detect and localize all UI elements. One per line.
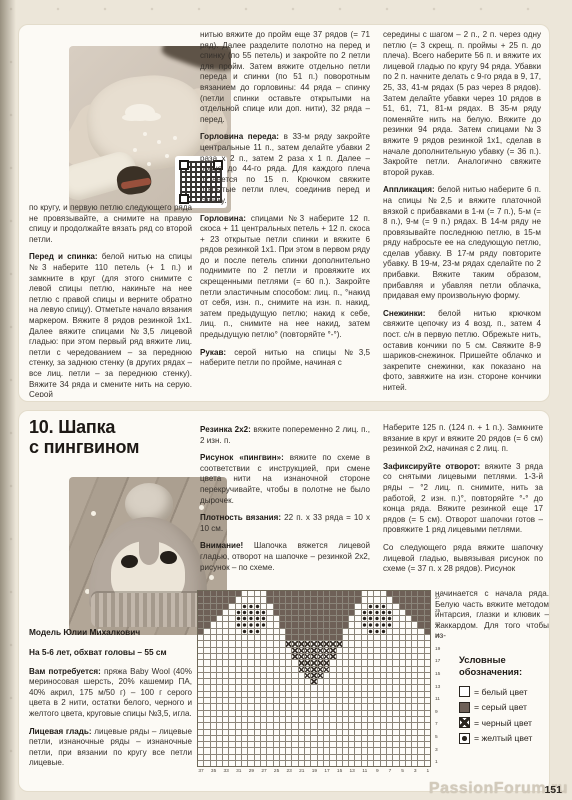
chart-cell xyxy=(387,761,392,766)
chart-cell xyxy=(412,698,417,703)
chart-cell xyxy=(368,692,373,697)
sweater-column-1: по кругу, и первую петлю следующего ряда… xyxy=(29,203,192,397)
chart-cell xyxy=(425,673,430,678)
chart-intro-continued: начинается с начала ряда. Белую часть вя… xyxy=(435,589,549,642)
chart-cell xyxy=(267,717,272,722)
chart-cell xyxy=(318,641,323,646)
chart-cell xyxy=(223,685,228,690)
chart-cell xyxy=(337,591,342,596)
chart-cell xyxy=(217,629,222,634)
chart-cell xyxy=(393,717,398,722)
neckline-paragraph: Горловина: спицами №3 наберите 12 п. ско… xyxy=(200,214,370,341)
chart-cell xyxy=(198,692,203,697)
chart-cell xyxy=(425,711,430,716)
chart-cell xyxy=(355,679,360,684)
chart-cell xyxy=(255,685,260,690)
chart-cell xyxy=(223,635,228,640)
chart-cell xyxy=(280,692,285,697)
fairy-lights xyxy=(91,511,96,516)
chart-cell xyxy=(311,704,316,709)
chart-cell xyxy=(286,742,291,747)
chart-cell xyxy=(318,761,323,766)
chart-cell xyxy=(425,616,430,621)
chart-cell xyxy=(286,667,291,672)
chart-cell xyxy=(211,610,216,615)
chart-cell xyxy=(236,654,241,659)
chart-cell xyxy=(211,742,216,747)
legend-item-yellow: = желтый цвет xyxy=(459,733,561,744)
x-square-symbol xyxy=(459,717,470,728)
chart-cell xyxy=(337,610,342,615)
chart-cell xyxy=(204,641,209,646)
chart-cell xyxy=(381,742,386,747)
chart-cell xyxy=(330,704,335,709)
chart-cell xyxy=(330,717,335,722)
chart-cell xyxy=(280,755,285,760)
chart-cell xyxy=(343,711,348,716)
chart-cell xyxy=(330,673,335,678)
chart-cell xyxy=(406,704,411,709)
chart-cell xyxy=(248,591,253,596)
chart-cell xyxy=(355,717,360,722)
chart-cell xyxy=(305,679,310,684)
chart-cell xyxy=(337,629,342,634)
chart-cell xyxy=(400,698,405,703)
chart-cell xyxy=(305,711,310,716)
chart-cell xyxy=(393,698,398,703)
chart-cell xyxy=(236,755,241,760)
chart-cell xyxy=(274,685,279,690)
chart-cell xyxy=(299,667,304,672)
chart-cell xyxy=(242,597,247,602)
chart-cell xyxy=(381,629,386,634)
chart-cell xyxy=(337,730,342,735)
chart-cell xyxy=(393,648,398,653)
chart-cell xyxy=(412,641,417,646)
chart-cell xyxy=(318,604,323,609)
chart-cell xyxy=(211,629,216,634)
chart-cell xyxy=(349,723,354,728)
chart-cell xyxy=(418,748,423,753)
hat-column-3: Наберите 125 п. (124 п. + 1 п.). Замкнит… xyxy=(383,423,543,589)
chart-row-label: 25 xyxy=(435,609,440,615)
chart-cell xyxy=(355,711,360,716)
chart-cell xyxy=(349,736,354,741)
chart-cell xyxy=(343,704,348,709)
chart-cell xyxy=(255,654,260,659)
chart-cell xyxy=(204,755,209,760)
chart-cell xyxy=(299,648,304,653)
chart-cell xyxy=(255,597,260,602)
chart-cell xyxy=(211,660,216,665)
chart-cell xyxy=(305,730,310,735)
chart-cell xyxy=(286,673,291,678)
chart-cell xyxy=(387,610,392,615)
chart-cell xyxy=(236,761,241,766)
chart-cell xyxy=(418,635,423,640)
hat-column-2: Резинка 2х2: вяжите попеременно 2 лиц. п… xyxy=(200,425,370,585)
chart-row-label: 3 xyxy=(435,748,438,754)
chart-cell xyxy=(337,704,342,709)
chart-cell xyxy=(211,723,216,728)
chart-cell xyxy=(362,654,367,659)
chart-cell xyxy=(324,704,329,709)
chart-row-labels: 27252321191715131197531 xyxy=(435,591,445,768)
chart-cell xyxy=(267,711,272,716)
hat-instructions-panel: 10. Шапкас пингвином Модель Юлии Михалко… xyxy=(18,410,550,792)
chart-cell xyxy=(318,616,323,621)
chart-cell xyxy=(286,616,291,621)
chart-cell xyxy=(299,591,304,596)
chart-cell xyxy=(286,604,291,609)
chart-cell xyxy=(368,748,373,753)
chart-cell xyxy=(400,597,405,602)
chart-cell xyxy=(305,610,310,615)
chart-cell xyxy=(349,641,354,646)
chart-cell xyxy=(204,635,209,640)
chart-cell xyxy=(229,679,234,684)
chart-cell xyxy=(255,641,260,646)
chart-cell xyxy=(368,723,373,728)
chart-cell xyxy=(387,648,392,653)
chart-cell xyxy=(387,730,392,735)
chart-cell xyxy=(381,648,386,653)
chart-cell xyxy=(349,635,354,640)
chart-cell xyxy=(349,597,354,602)
chart-cell xyxy=(425,698,430,703)
chart-cell xyxy=(362,591,367,596)
chart-cell xyxy=(425,742,430,747)
chart-cell xyxy=(343,604,348,609)
chart-cell xyxy=(255,736,260,741)
chart-cell xyxy=(381,673,386,678)
chart-cell xyxy=(393,635,398,640)
chart-cell xyxy=(425,704,430,709)
chart-cell xyxy=(280,717,285,722)
chart-cell xyxy=(412,736,417,741)
chart-cell xyxy=(261,641,266,646)
chart-row-label: 15 xyxy=(435,672,440,678)
chart-cell xyxy=(286,748,291,753)
chart-cell xyxy=(311,629,316,634)
chart-cell xyxy=(198,704,203,709)
chart-cell xyxy=(255,755,260,760)
chart-cell xyxy=(412,723,417,728)
chart-cell xyxy=(349,654,354,659)
chart-cell xyxy=(412,660,417,665)
chart-cell xyxy=(217,723,222,728)
chart-cell xyxy=(255,723,260,728)
chart-cell xyxy=(324,641,329,646)
chart-cell xyxy=(274,692,279,697)
grey-peak xyxy=(139,539,159,565)
chart-cell xyxy=(412,704,417,709)
chart-cell xyxy=(381,660,386,665)
chart-col-label: 3 xyxy=(412,769,419,774)
chart-cell xyxy=(381,641,386,646)
chart-col-label: 21 xyxy=(298,769,305,774)
chart-cell xyxy=(292,673,297,678)
chart-cell xyxy=(204,660,209,665)
chart-cell xyxy=(406,616,411,621)
chart-cell xyxy=(318,673,323,678)
chart-cell xyxy=(343,648,348,653)
chart-cell xyxy=(418,711,423,716)
chart-cell xyxy=(311,755,316,760)
chart-cell xyxy=(368,616,373,621)
legend-item-white: = белый цвет xyxy=(459,686,561,697)
chart-cell xyxy=(255,604,260,609)
chart-cell xyxy=(305,635,310,640)
chart-cell xyxy=(242,616,247,621)
chart-cell xyxy=(211,711,216,716)
chart-cell xyxy=(274,698,279,703)
chart-cell xyxy=(198,667,203,672)
chart-cell xyxy=(274,635,279,640)
chart-cell xyxy=(362,748,367,753)
chart-cell xyxy=(229,597,234,602)
chart-cell xyxy=(330,654,335,659)
chart-cell xyxy=(355,610,360,615)
chart-cell xyxy=(305,591,310,596)
chart-cell xyxy=(274,723,279,728)
chart-cell xyxy=(381,622,386,627)
chart-cell xyxy=(337,761,342,766)
chart-cell xyxy=(223,679,228,684)
chart-cell xyxy=(292,717,297,722)
chart-cell xyxy=(274,660,279,665)
chart-cell xyxy=(393,616,398,621)
chart-cell xyxy=(374,685,379,690)
chart-cell xyxy=(305,660,310,665)
chart-cell xyxy=(362,685,367,690)
chart-cell xyxy=(305,736,310,741)
chart-cell xyxy=(412,597,417,602)
chart-cell xyxy=(387,755,392,760)
chart-cell xyxy=(349,748,354,753)
chart-cell xyxy=(355,704,360,709)
chart-cell xyxy=(267,604,272,609)
chart-cell xyxy=(305,648,310,653)
chart-cell xyxy=(406,610,411,615)
sweater-instructions-panel: по кругу, и первую петлю следующего ряда… xyxy=(18,24,550,402)
chart-cell xyxy=(204,679,209,684)
chart-cell xyxy=(299,641,304,646)
chart-cell xyxy=(248,761,253,766)
chart-cell xyxy=(311,648,316,653)
chart-cell xyxy=(318,685,323,690)
chart-cell xyxy=(248,654,253,659)
chart-cell xyxy=(425,736,430,741)
chart-cell xyxy=(393,730,398,735)
chart-cell xyxy=(267,610,272,615)
chart-cell xyxy=(242,648,247,653)
chart-cell xyxy=(406,711,411,716)
chart-col-label: 13 xyxy=(349,769,356,774)
grey-square-symbol xyxy=(459,702,470,713)
chart-col-label: 15 xyxy=(336,769,343,774)
chart-cell xyxy=(324,717,329,722)
chart-cell xyxy=(280,748,285,753)
chart-cell xyxy=(280,622,285,627)
chart-cell xyxy=(324,654,329,659)
chart-cell xyxy=(418,667,423,672)
chart-cell xyxy=(242,604,247,609)
chart-cell xyxy=(292,591,297,596)
chart-cell xyxy=(211,641,216,646)
chart-cell xyxy=(362,667,367,672)
chart-cell xyxy=(223,610,228,615)
chart-cell xyxy=(324,761,329,766)
chart-cell xyxy=(425,667,430,672)
chart-cell xyxy=(362,635,367,640)
chart-cell xyxy=(418,698,423,703)
chart-cell xyxy=(217,730,222,735)
page-spine-shadow xyxy=(0,0,16,800)
chart-cell xyxy=(248,704,253,709)
chart-row-label: 23 xyxy=(435,622,440,628)
chart-cell xyxy=(330,742,335,747)
chart-cell xyxy=(211,654,216,659)
chart-cell xyxy=(318,597,323,602)
chart-cell xyxy=(299,604,304,609)
chart-cell xyxy=(299,679,304,684)
chart-cell xyxy=(381,698,386,703)
chart-cell xyxy=(374,604,379,609)
chart-cell xyxy=(349,604,354,609)
chart-cell xyxy=(368,635,373,640)
chart-cell xyxy=(412,755,417,760)
chart-cell xyxy=(280,635,285,640)
chart-cell xyxy=(362,641,367,646)
chart-cell xyxy=(198,591,203,596)
chart-col-label: 7 xyxy=(387,769,394,774)
chart-cell xyxy=(418,673,423,678)
chart-cell xyxy=(311,597,316,602)
chart-cell xyxy=(355,591,360,596)
chart-cell xyxy=(400,761,405,766)
chart-cell xyxy=(343,692,348,697)
chart-cell xyxy=(274,673,279,678)
chart-cell xyxy=(368,622,373,627)
qr-finder-icon xyxy=(179,160,189,170)
chart-cell xyxy=(223,597,228,602)
chart-row-label: 5 xyxy=(435,735,438,741)
chart-cell xyxy=(318,730,323,735)
chart-cell xyxy=(274,761,279,766)
chart-cell xyxy=(368,673,373,678)
chart-cell xyxy=(368,660,373,665)
chart-cell xyxy=(236,610,241,615)
chart-cell xyxy=(368,685,373,690)
chart-cell xyxy=(274,597,279,602)
chart-cell xyxy=(267,698,272,703)
chart-cell xyxy=(412,635,417,640)
chart-cell xyxy=(261,597,266,602)
chart-cell xyxy=(337,698,342,703)
chart-cell xyxy=(412,622,417,627)
chart-cell xyxy=(425,717,430,722)
chart-cell xyxy=(362,723,367,728)
chart-cell xyxy=(374,635,379,640)
chart-cell xyxy=(330,723,335,728)
chart-cell xyxy=(248,629,253,634)
chart-cell xyxy=(217,717,222,722)
chart-legend: Условныеобозначения: = белый цвет = серы… xyxy=(459,654,561,748)
chart-cell xyxy=(330,692,335,697)
chart-cell xyxy=(204,616,209,621)
chart-cell xyxy=(393,723,398,728)
chart-cell xyxy=(355,730,360,735)
chart-cell xyxy=(255,761,260,766)
chart-cell xyxy=(255,704,260,709)
chart-cell xyxy=(267,635,272,640)
chart-cell xyxy=(286,755,291,760)
chart-cell xyxy=(286,654,291,659)
chart-cell xyxy=(280,742,285,747)
chart-cell xyxy=(229,667,234,672)
chart-cell xyxy=(330,698,335,703)
chart-cell xyxy=(362,692,367,697)
chart-cell xyxy=(311,610,316,615)
chart-cell xyxy=(198,761,203,766)
chart-cell xyxy=(318,622,323,627)
chart-cell xyxy=(236,730,241,735)
chart-cell xyxy=(381,610,386,615)
chart-cell xyxy=(267,692,272,697)
chart-cell xyxy=(299,610,304,615)
chart-cell xyxy=(198,755,203,760)
chart-cell xyxy=(274,622,279,627)
chart-cell xyxy=(412,748,417,753)
chart-cell xyxy=(400,711,405,716)
chart-cell xyxy=(374,591,379,596)
chart-cell xyxy=(343,717,348,722)
chart-cell xyxy=(412,673,417,678)
chart-cell xyxy=(349,591,354,596)
chart-cell xyxy=(242,667,247,672)
chart-cell xyxy=(229,717,234,722)
chart-cell xyxy=(198,604,203,609)
chart-col-label: 25 xyxy=(273,769,280,774)
chart-cell xyxy=(343,673,348,678)
chart-cell xyxy=(400,742,405,747)
chart-col-label: 17 xyxy=(324,769,331,774)
chart-cell xyxy=(286,761,291,766)
chart-cell xyxy=(211,667,216,672)
sleeve-continued-paragraph: середины с шагом – 2 п., 2 п. через одну… xyxy=(383,30,541,178)
rib-paragraph: Резинка 2х2: вяжите попеременно 2 лиц. п… xyxy=(200,425,370,446)
chart-cell xyxy=(374,622,379,627)
chart-cell xyxy=(337,742,342,747)
chart-cell xyxy=(274,736,279,741)
chart-cell xyxy=(223,648,228,653)
chart-cell xyxy=(355,635,360,640)
chart-cell xyxy=(292,629,297,634)
chart-cell xyxy=(318,692,323,697)
chart-cell xyxy=(393,711,398,716)
materials-paragraph: Вам потребуется: пряжа Baby Wool (40% ме… xyxy=(29,667,192,720)
chart-cell xyxy=(362,660,367,665)
chart-cell xyxy=(261,742,266,747)
chart-cell xyxy=(255,610,260,615)
front-back-paragraph: Перед и спинка: белой нитью на спицы №3 … xyxy=(29,252,192,397)
chart-cell xyxy=(418,591,423,596)
chart-cell xyxy=(318,629,323,634)
chart-cell xyxy=(311,742,316,747)
chart-cell xyxy=(337,673,342,678)
chart-cell xyxy=(406,635,411,640)
